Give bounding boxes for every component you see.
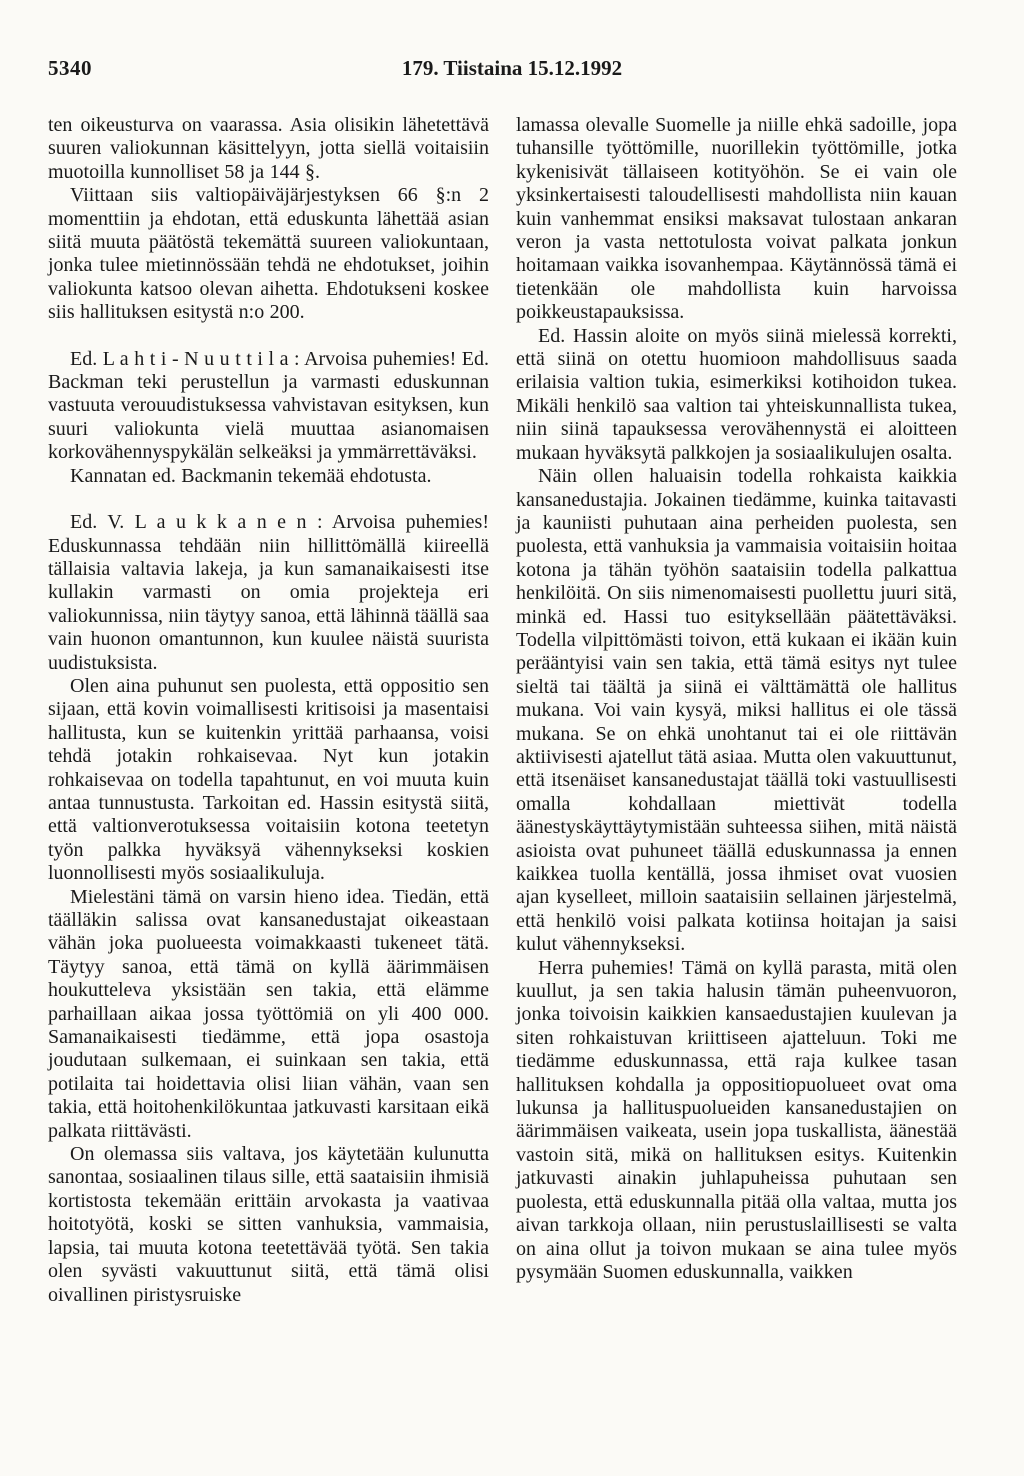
- paragraph: Näin ollen haluaisin todella rohkaista k…: [516, 465, 957, 957]
- speech-separator: [48, 488, 489, 511]
- paragraph: ten oikeusturva on vaarassa. Asia olisik…: [48, 114, 489, 184]
- document-page: 5340 179. Tiistaina 15.12.1992 ten oikeu…: [0, 0, 1024, 1476]
- paragraph: Olen aina puhunut sen puolesta, että opp…: [48, 675, 489, 886]
- speech-paragraph: Ed. L a h t i - N u u t t i l a : Arvois…: [48, 348, 489, 465]
- speaker-name: Ed. L a h t i - N u u t t i l a :: [70, 348, 304, 370]
- text-body: ten oikeusturva on vaarassa. Asia olisik…: [48, 114, 957, 1307]
- paragraph: Kannatan ed. Backmanin tekemää ehdotusta…: [48, 465, 489, 488]
- right-column: lamassa olevalle Suomelle ja niille ehkä…: [516, 114, 957, 1307]
- left-column: ten oikeusturva on vaarassa. Asia olisik…: [48, 114, 489, 1307]
- speech-separator: [48, 325, 489, 348]
- paragraph: Ed. Hassin aloite on myös siinä mielessä…: [516, 325, 957, 465]
- paragraph: Mielestäni tämä on varsin hieno idea. Ti…: [48, 886, 489, 1143]
- speaker-name: Ed. V. L a u k k a n e n :: [70, 511, 332, 533]
- paragraph: Viittaan siis valtiopäiväjärjestyksen 66…: [48, 184, 489, 324]
- paragraph: On olemassa siis valtava, jos käytetään …: [48, 1143, 489, 1307]
- session-title: 179. Tiistaina 15.12.1992: [0, 56, 1024, 81]
- paragraph: lamassa olevalle Suomelle ja niille ehkä…: [516, 114, 957, 325]
- running-header: 5340 179. Tiistaina 15.12.1992: [0, 56, 1024, 86]
- paragraph: Herra puhemies! Tämä on kyllä parasta, m…: [516, 957, 957, 1285]
- speech-paragraph: Ed. V. L a u k k a n e n : Arvoisa puhem…: [48, 511, 489, 675]
